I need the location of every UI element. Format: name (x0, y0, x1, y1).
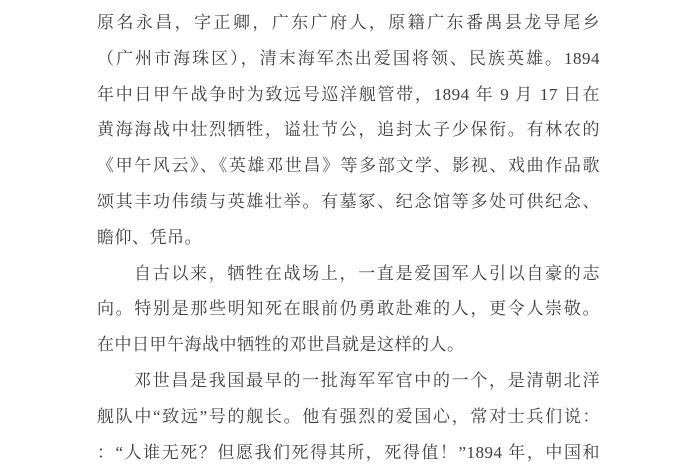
text-line: ：“人谁无死？但愿我们死得其所，死得值！”1894 年，中国和 (97, 435, 600, 470)
document-page: 原名永昌，字正卿，广东广府人，原籍广东番禺县龙导尾乡（广州市海珠区），清末海军杰… (0, 0, 700, 470)
text-line: 颂其丰功伟绩与英雄壮举。有墓冢、纪念馆等多处可供纪念、 (97, 184, 600, 220)
text-line: 原名永昌，字正卿，广东广府人，原籍广东番禺县龙导尾乡 (97, 5, 600, 41)
text-line: 《甲午风云》、《英雄邓世昌》等多部文学、影视、戏曲作品歌 (97, 148, 600, 184)
text-line: 向。特别是那些明知死在眼前仍勇敢赴难的人，更令人崇敬。 (97, 291, 600, 327)
text-line: （广州市海珠区），清末海军杰出爱国将领、民族英雄。1894 (97, 41, 600, 77)
text-line: 邓世昌是我国最早的一批海军军官中的一个，是清朝北洋 (97, 363, 600, 399)
document-text-block: 原名永昌，字正卿，广东广府人，原籍广东番禺县龙导尾乡（广州市海珠区），清末海军杰… (97, 5, 600, 470)
text-line: 舰队中“致远”号的舰长。他有强烈的爱国心，常对士兵们说： (97, 399, 600, 435)
text-line: 在中日甲午海战中牺牲的邓世昌就是这样的人。 (97, 327, 600, 363)
text-line: 黄海海战中壮烈牺牲，谥壮节公，追封太子少保衔。有林农的 (97, 112, 600, 148)
text-line: 年中日甲午战争时为致远号巡洋舰管带，1894 年 9 月 17 日在 (97, 77, 600, 113)
text-line: 自古以来，牺牲在战场上，一直是爱国军人引以自豪的志 (97, 256, 600, 292)
text-line: 瞻仰、凭吊。 (97, 220, 600, 256)
